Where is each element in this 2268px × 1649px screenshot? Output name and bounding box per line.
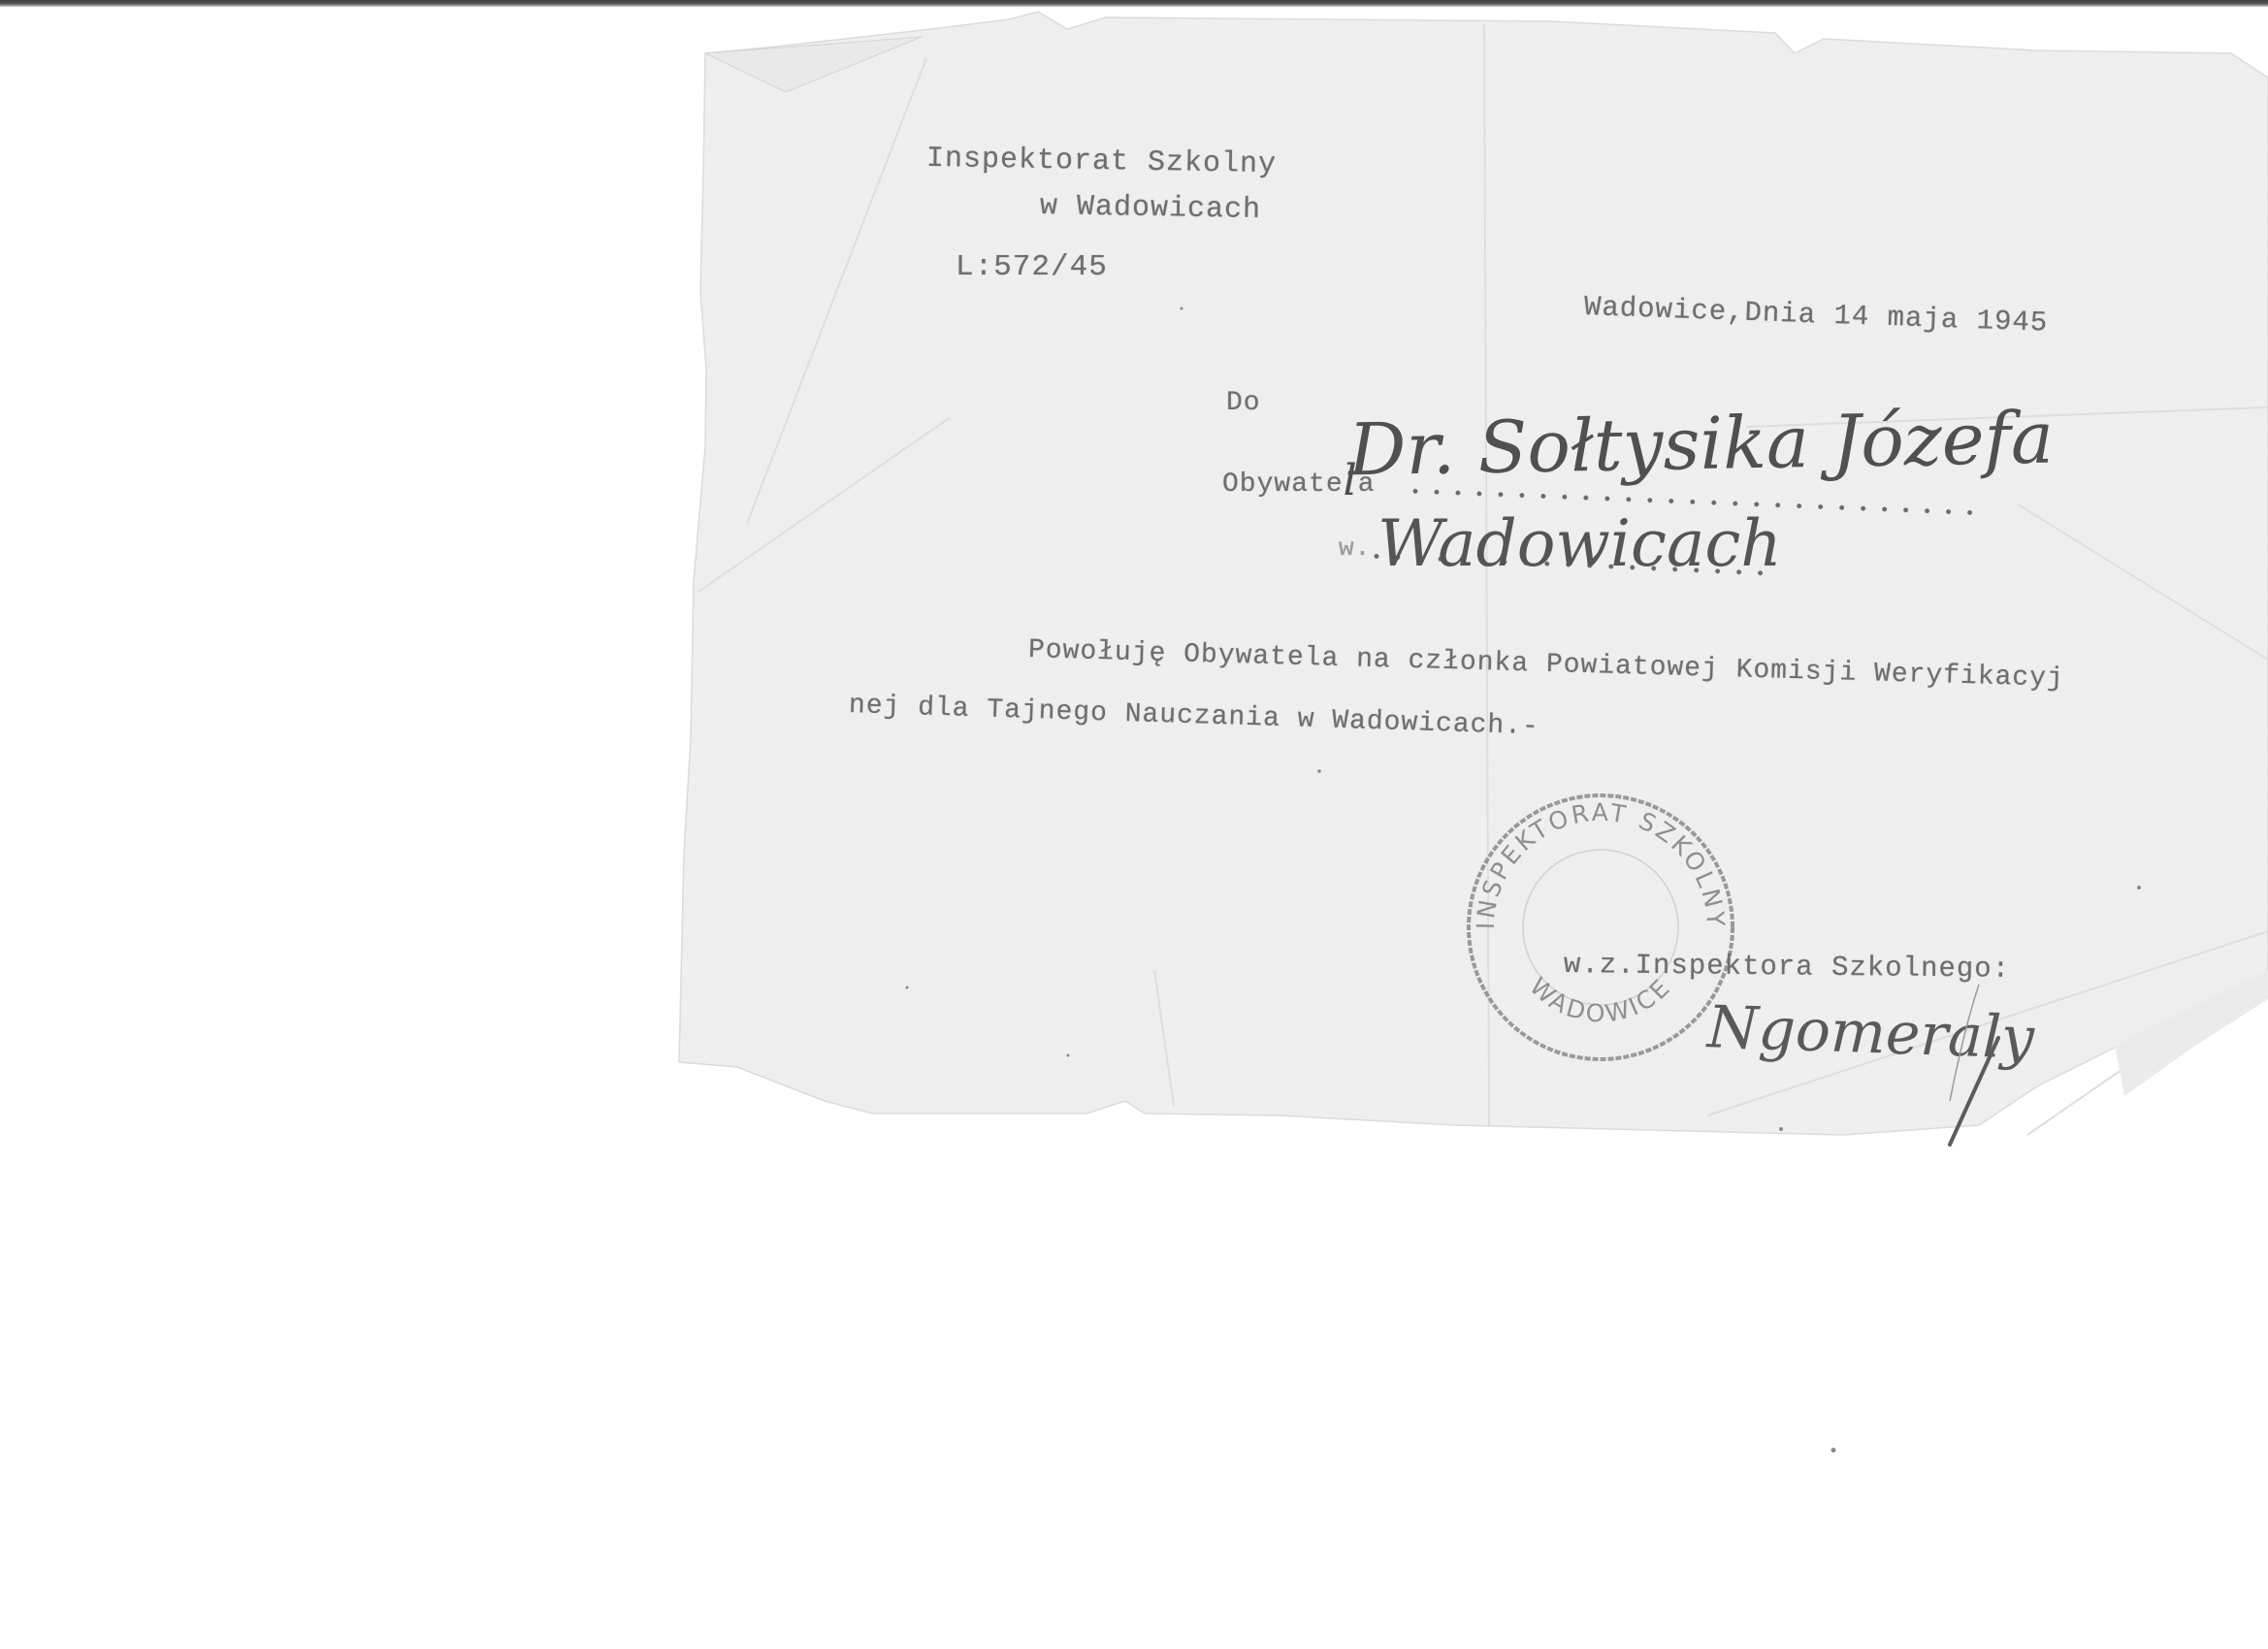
stamp-top-text: INSPEKTORAT SZKOLNY bbox=[1472, 798, 1730, 930]
paper-sheet: Inspektorat Szkolny w Wadowicach L:572/4… bbox=[0, 0, 2268, 1649]
signature-stroke-up bbox=[1945, 980, 1984, 1106]
office-name-line2: w Wadowicach bbox=[1040, 190, 1262, 227]
to-label: Do bbox=[1226, 388, 1261, 418]
office-name-line1: Inspektorat Szkolny bbox=[926, 143, 1278, 181]
addressee-name-handwritten: Dr. Sołtysika Józefa bbox=[1347, 397, 2054, 493]
signature-label: w.z.Inspektora Szkolnego: bbox=[1564, 949, 2010, 986]
place-handwritten: Wadowicach bbox=[1377, 506, 1782, 581]
citizen-label-text: Obywate bbox=[1222, 469, 1344, 500]
reference-number: L:572/45 bbox=[956, 250, 1108, 284]
official-stamp: INSPEKTORAT SZKOLNY WADOWICE bbox=[1455, 782, 1746, 1073]
paper-shape bbox=[0, 0, 2268, 1649]
